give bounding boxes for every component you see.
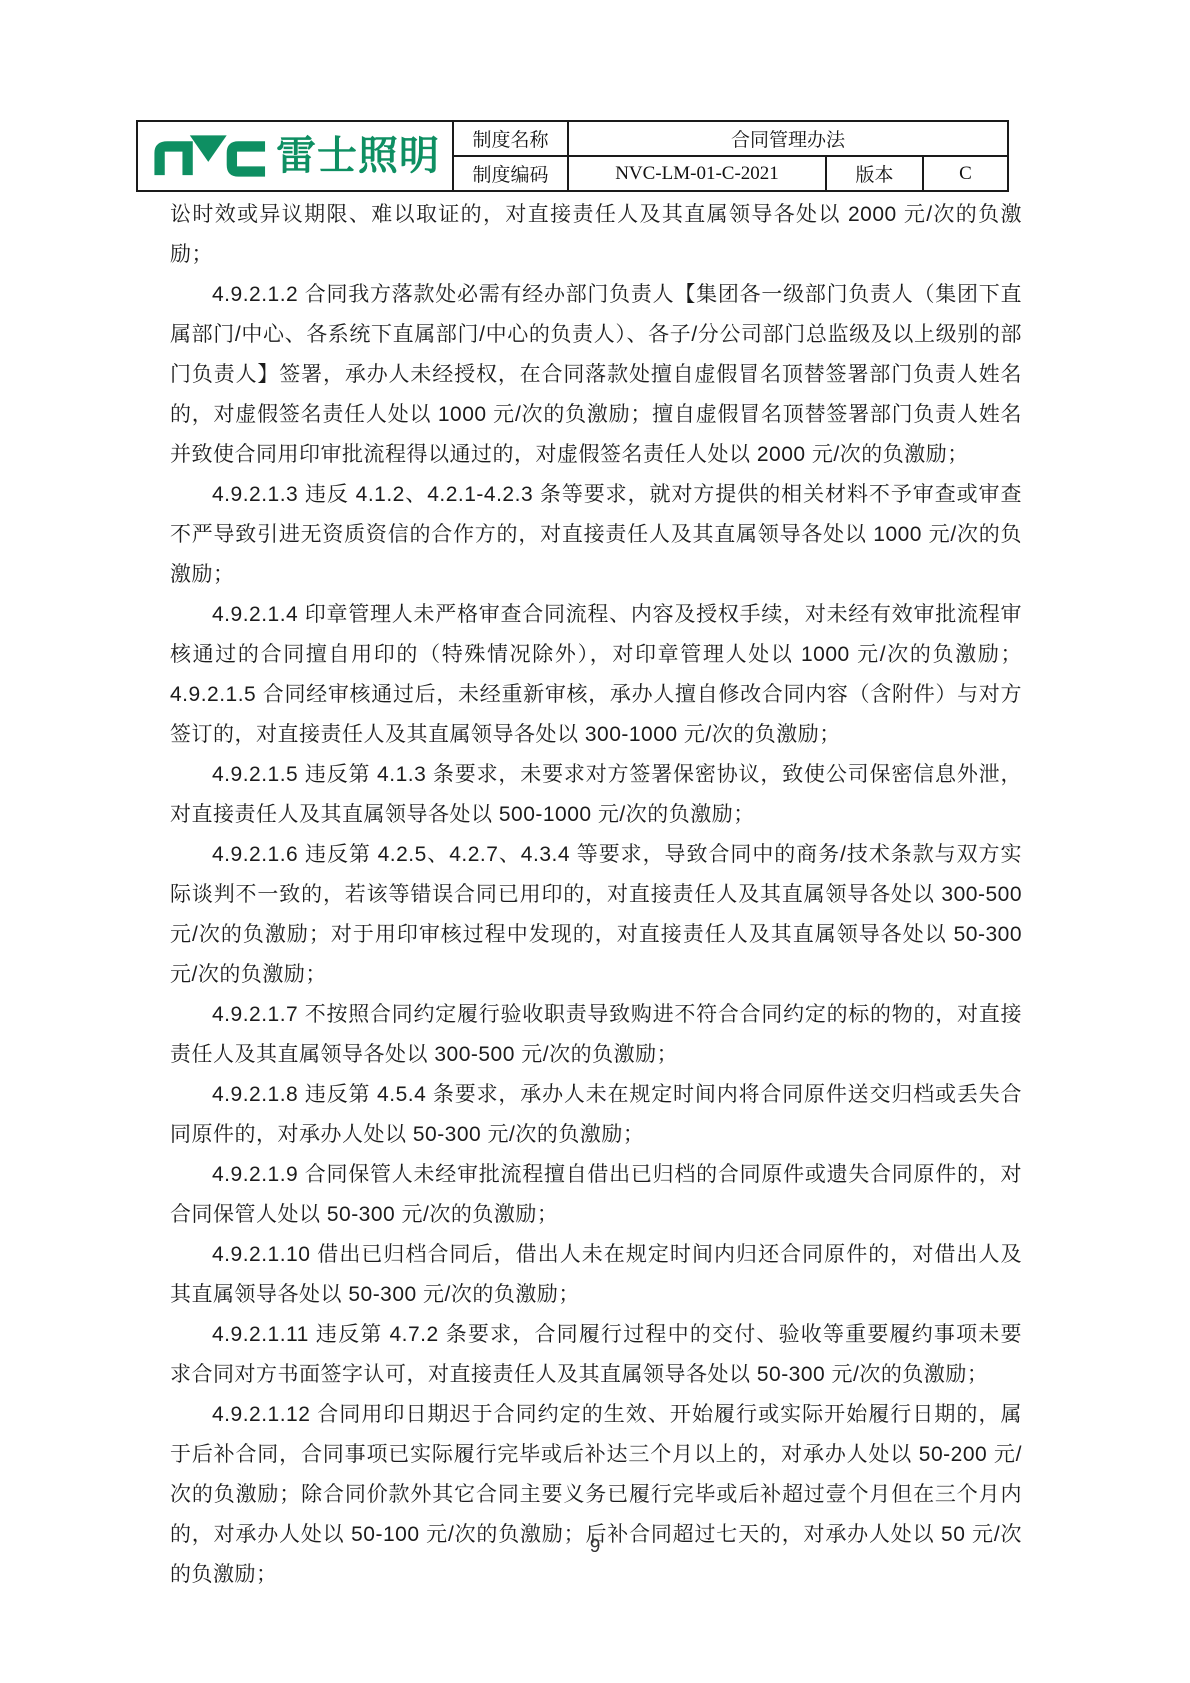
policy-code-label: 制度编码 xyxy=(453,156,568,191)
company-logo: 雷士照明 xyxy=(137,121,453,191)
page-number: 9 xyxy=(0,1536,1190,1558)
version-value: C xyxy=(923,156,1008,191)
paragraph: 4.9.2.1.5 违反第 4.1.3 条要求，未要求对方签署保密协议，致使公司… xyxy=(170,755,1022,835)
paragraph: 4.9.2.1.3 违反 4.1.2、4.2.1-4.2.3 条等要求，就对方提… xyxy=(170,475,1022,595)
policy-name-value: 合同管理办法 xyxy=(568,121,1008,156)
brand-name-text: 雷士照明 xyxy=(276,136,440,176)
policy-code-value: NVC-LM-01-C-2021 xyxy=(568,156,826,191)
paragraph: 4.9.2.1.9 合同保管人未经审批流程擅自借出已归档的合同原件或遗失合同原件… xyxy=(170,1155,1022,1235)
nvc-logo-icon xyxy=(150,132,268,180)
paragraph: 4.9.2.1.4 印章管理人未严格审查合同流程、内容及授权手续，对未经有效审批… xyxy=(170,595,1022,755)
policy-name-label: 制度名称 xyxy=(453,121,568,156)
document-page: 雷士照明 制度名称 合同管理办法 制度编码 NVC-LM-01-C-2021 版… xyxy=(0,0,1190,1683)
paragraph: 4.9.2.1.2 合同我方落款处必需有经办部门负责人【集团各一级部门负责人（集… xyxy=(170,275,1022,475)
header-table: 雷士照明 制度名称 合同管理办法 制度编码 NVC-LM-01-C-2021 版… xyxy=(136,120,1009,192)
paragraph: 讼时效或异议期限、难以取证的，对直接责任人及其直属领导各处以 2000 元/次的… xyxy=(170,195,1022,275)
paragraph: 4.9.2.1.10 借出已归档合同后，借出人未在规定时间内归还合同原件的，对借… xyxy=(170,1235,1022,1315)
paragraph: 4.9.2.1.12 合同用印日期迟于合同约定的生效、开始履行或实际开始履行日期… xyxy=(170,1395,1022,1595)
paragraph: 4.9.2.1.6 违反第 4.2.5、4.2.7、4.3.4 等要求，导致合同… xyxy=(170,835,1022,995)
paragraph: 4.9.2.1.11 违反第 4.7.2 条要求，合同履行过程中的交付、验收等重… xyxy=(170,1315,1022,1395)
document-body: 讼时效或异议期限、难以取证的，对直接责任人及其直属领导各处以 2000 元/次的… xyxy=(170,195,1022,1595)
paragraph: 4.9.2.1.8 违反第 4.5.4 条要求，承办人未在规定时间内将合同原件送… xyxy=(170,1075,1022,1155)
paragraph: 4.9.2.1.7 不按照合同约定履行验收职责导致购进不符合合同约定的标的物的，… xyxy=(170,995,1022,1075)
version-label: 版本 xyxy=(826,156,923,191)
